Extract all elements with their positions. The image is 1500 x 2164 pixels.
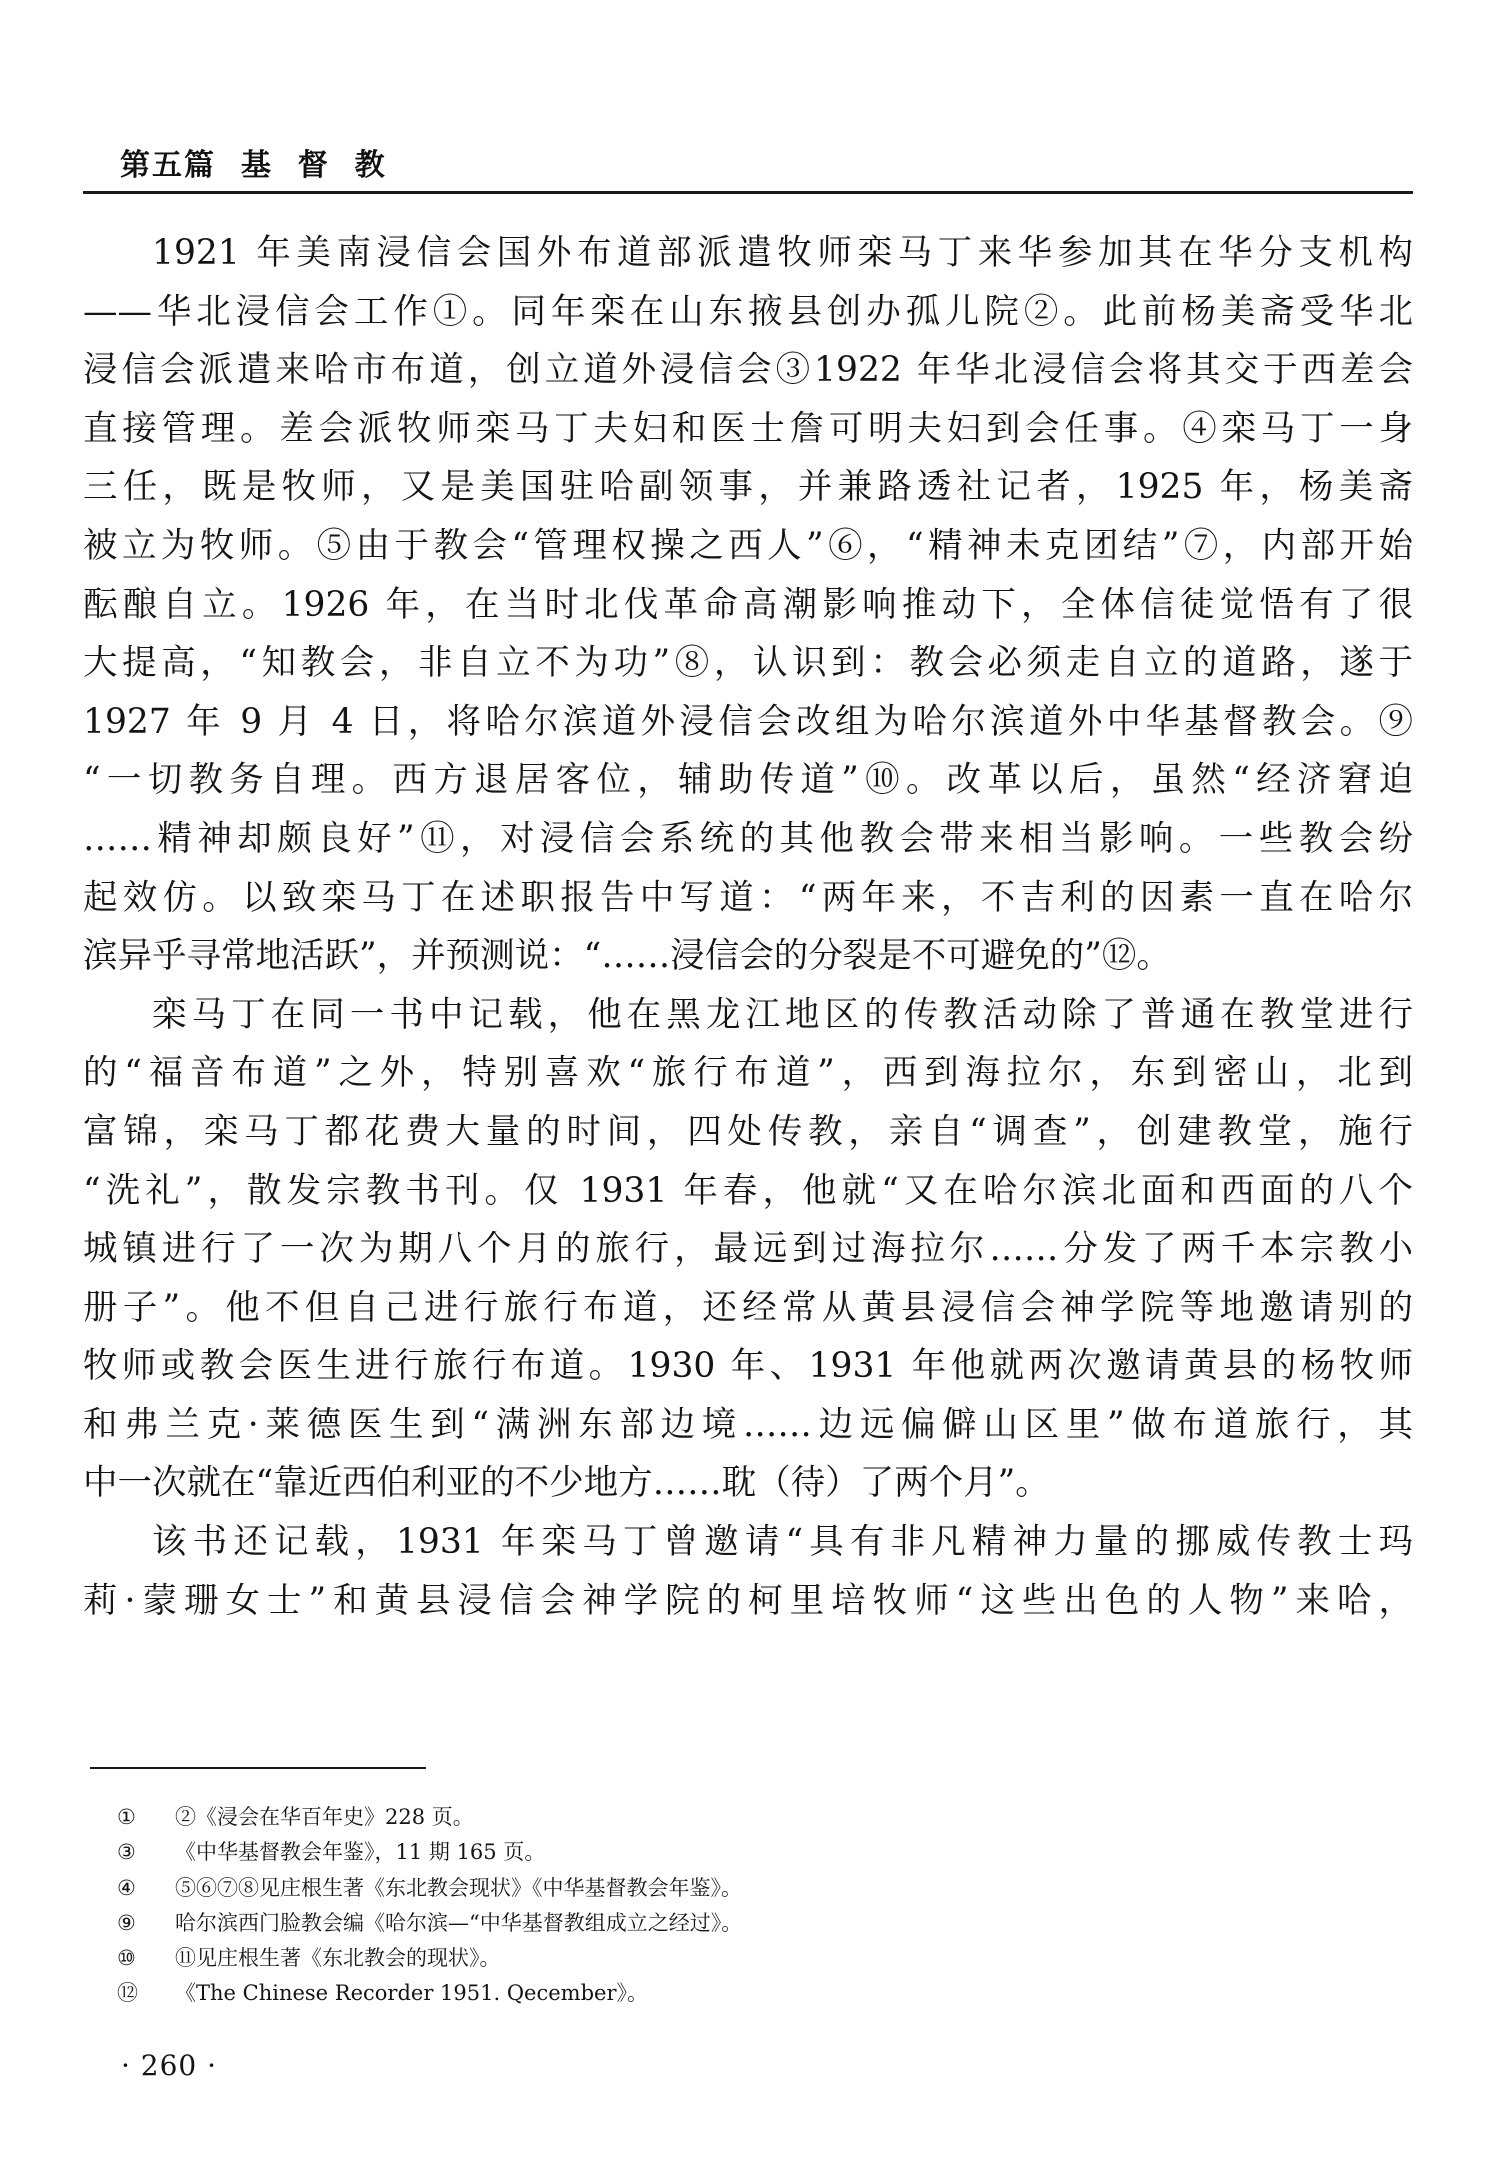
footnote-mark: ⑨ (117, 1906, 175, 1941)
text-line: 被立为牧师。⑤由于教会“管理权操之西人”⑥，“精神未克团结”⑦，内部开始 (83, 517, 1413, 576)
text-line: 1927 年 9 月 4 日，将哈尔滨道外浸信会改组为哈尔滨道外中华基督教会。⑨ (83, 693, 1413, 752)
text-line: 富锦，栾马丁都花费大量的时间，四处传教，亲自“调查”，创建教堂，施行 (83, 1103, 1413, 1162)
footnote-text: 《中华基督教会年鉴》，11 期 165 页。 (175, 1835, 1317, 1870)
footnote-item: ① ②《浸会在华百年史》228 页。 (117, 1800, 1317, 1835)
footnote-mark: ① (117, 1800, 175, 1835)
header-rule (83, 191, 1413, 194)
footnotes: ① ②《浸会在华百年史》228 页。 ③ 《中华基督教会年鉴》，11 期 165… (117, 1800, 1317, 2012)
paragraph-3: 该书还记载，1931 年栾马丁曾邀请“具有非凡精神力量的挪威传教士玛 莉·蒙珊女… (83, 1513, 1413, 1630)
footnote-text: 哈尔滨西门脸教会编《哈尔滨—“中华基督教组成立之经过》。 (175, 1906, 1317, 1941)
page-number: · 260 · (121, 2049, 217, 2082)
footnote-text: ⑤⑥⑦⑧见庄根生著《东北教会现状》《中华基督教会年鉴》。 (175, 1871, 1317, 1906)
text-line: 栾马丁在同一书中记载，他在黑龙江地区的传教活动除了普通在教堂进行 (83, 986, 1413, 1045)
paragraph-1: 1921 年美南浸信会国外布道部派遣牧师栾马丁来华参加其在华分支机构 ——华北浸… (83, 224, 1413, 986)
text-line: 大提高，“知教会，非自立不为功”⑧，认识到：教会必须走自立的道路，遂于 (83, 634, 1413, 693)
footnote-rule (90, 1767, 426, 1769)
text-line: 直接管理。差会派牧师栾马丁夫妇和医士詹可明夫妇到会任事。④栾马丁一身 (83, 400, 1413, 459)
text-line: 起效仿。以致栾马丁在述职报告中写道：“两年来，不吉利的因素一直在哈尔 (83, 869, 1413, 928)
text-line: 1921 年美南浸信会国外布道部派遣牧师栾马丁来华参加其在华分支机构 (83, 224, 1413, 283)
text-line: 和弗兰克·莱德医生到“满洲东部边境……边远偏僻山区里”做布道旅行，其 (83, 1396, 1413, 1455)
paragraph-2: 栾马丁在同一书中记载，他在黑龙江地区的传教活动除了普通在教堂进行 的“福音布道”… (83, 986, 1413, 1513)
footnote-item: ⑩ ⑪见庄根生著《东北教会的现状》。 (117, 1941, 1317, 1976)
footnote-text: ②《浸会在华百年史》228 页。 (175, 1800, 1317, 1835)
text-line: 该书还记载，1931 年栾马丁曾邀请“具有非凡精神力量的挪威传教士玛 (83, 1513, 1413, 1572)
text-line: 酝酿自立。1926 年，在当时北伐革命高潮影响推动下，全体信徒觉悟有了很 (83, 576, 1413, 635)
text-line: “一切教务自理。西方退居客位，辅助传道”⑩。改革以后，虽然“经济窘迫 (83, 751, 1413, 810)
book-page: 第五篇 基 督 教 1921 年美南浸信会国外布道部派遣牧师栾马丁来华参加其在华… (0, 0, 1500, 2164)
footnote-mark: ④ (117, 1871, 175, 1906)
footnote-item: ⑨ 哈尔滨西门脸教会编《哈尔滨—“中华基督教组成立之经过》。 (117, 1906, 1317, 1941)
body-text: 1921 年美南浸信会国外布道部派遣牧师栾马丁来华参加其在华分支机构 ——华北浸… (83, 224, 1413, 1630)
footnote-text: ⑪见庄根生著《东北教会的现状》。 (175, 1941, 1317, 1976)
footnote-mark: ③ (117, 1835, 175, 1870)
text-line: ……精神却颇良好”⑪，对浸信会系统的其他教会带来相当影响。一些教会纷 (83, 810, 1413, 869)
text-line: 的“福音布道”之外，特别喜欢“旅行布道”，西到海拉尔，东到密山，北到 (83, 1044, 1413, 1103)
footnote-mark: ⑩ (117, 1941, 175, 1976)
footnote-text: 《The Chinese Recorder 1951. Qecember》。 (175, 1976, 1317, 2011)
text-line: 浸信会派遣来哈市布道，创立道外浸信会③1922 年华北浸信会将其交于西差会 (83, 341, 1413, 400)
text-line: 莉·蒙珊女士”和黄县浸信会神学院的柯里培牧师“这些出色的人物”来哈， (83, 1572, 1413, 1631)
text-line: 册子”。他不但自己进行旅行布道，还经常从黄县浸信会神学院等地邀请别的 (83, 1279, 1413, 1338)
text-line: 滨异乎寻常地活跃”，并预测说：“……浸信会的分裂是不可避免的”⑫。 (83, 927, 1413, 986)
text-line: 牧师或教会医生进行旅行布道。1930 年、1931 年他就两次邀请黄县的杨牧师 (83, 1337, 1413, 1396)
text-line: 城镇进行了一次为期八个月的旅行，最远到过海拉尔……分发了两千本宗教小 (83, 1220, 1413, 1279)
footnote-item: ③ 《中华基督教会年鉴》，11 期 165 页。 (117, 1835, 1317, 1870)
text-line: ——华北浸信会工作①。同年栾在山东掖县创办孤儿院②。此前杨美斋受华北 (83, 283, 1413, 342)
footnote-mark: ⑫ (117, 1976, 175, 2011)
text-line: 三任，既是牧师，又是美国驻哈副领事，并兼路透社记者，1925 年，杨美斋 (83, 458, 1413, 517)
text-line: “洗礼”，散发宗教书刊。仅 1931 年春，他就“又在哈尔滨北面和西面的八个 (83, 1162, 1413, 1221)
running-head: 第五篇 基 督 教 (120, 140, 387, 184)
footnote-item: ④ ⑤⑥⑦⑧见庄根生著《东北教会现状》《中华基督教会年鉴》。 (117, 1871, 1317, 1906)
footnote-item: ⑫ 《The Chinese Recorder 1951. Qecember》。 (117, 1976, 1317, 2011)
text-line: 中一次就在“靠近西伯利亚的不少地方……耽（待）了两个月”。 (83, 1454, 1413, 1513)
